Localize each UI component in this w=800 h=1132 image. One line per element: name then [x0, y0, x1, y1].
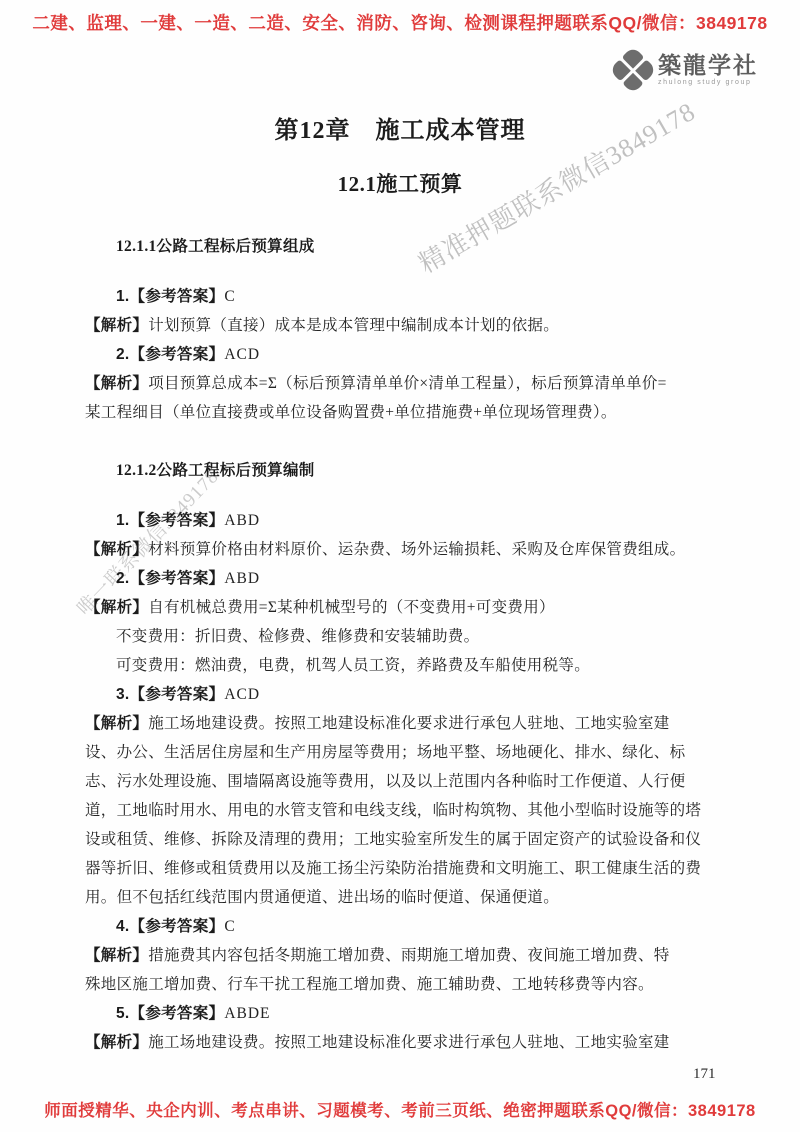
answer-line: 1.【参考答案】C — [85, 282, 722, 311]
bottom-promo-banner: 师面授精华、央企内训、考点串讲、习题模考、考前三页纸、绝密押题联系QQ/微信：3… — [0, 1097, 800, 1121]
chapter-title: 第12章 施工成本管理 — [0, 110, 800, 145]
zhulong-logo: 築龍学社 zhulong study group — [616, 53, 758, 87]
document-body: 12.1.1公路工程标后预算组成1.【参考答案】C【解析】计划预算（直接）成本是… — [85, 226, 722, 1057]
analysis-line: 【解析】计划预算（直接）成本是成本管理中编制成本计划的依据。 — [85, 311, 722, 340]
label-prefix: 2.【参考答案】 — [116, 570, 224, 587]
page-number: 171 — [693, 1066, 716, 1083]
label-prefix: 【解析】 — [85, 375, 148, 392]
answer-line: 5.【参考答案】ABDE — [85, 999, 722, 1028]
text-line: 设、办公、生活居住房屋和生产用房屋等费用；场地平整、场地硬化、排水、绿化、标 — [85, 738, 722, 767]
label-prefix: 【解析】 — [85, 1034, 148, 1051]
line-text: 12.1.2公路工程标后预算编制 — [116, 462, 315, 479]
logo-text: 築龍学社 zhulong study group — [658, 54, 758, 86]
analysis-line: 【解析】施工场地建设费。按照工地建设标准化要求进行承包人驻地、工地实验室建 — [85, 1028, 722, 1057]
line-text: 志、污水处理设施、围墙隔离设施等费用，以及以上范围内各种临时工作便道、人行便 — [85, 773, 685, 790]
line-text: 材料预算价格由材料原价、运杂费、场外运输损耗、采购及仓库保管费组成。 — [148, 541, 685, 558]
answer-line: 3.【参考答案】ACD — [85, 680, 722, 709]
label-prefix: 1.【参考答案】 — [116, 288, 224, 305]
answer-line: 2.【参考答案】ABD — [85, 564, 722, 593]
subsection-heading: 12.1.2公路工程标后预算编制 — [85, 456, 722, 485]
text-line: 设或租赁、维修、拆除及清理的费用；工地实验室所发生的属于固定资产的试验设备和仪 — [85, 825, 722, 854]
line-text: ABD — [224, 570, 260, 587]
line-text: C — [224, 288, 235, 305]
text-line: 器等折旧、维修或租赁费用以及施工扬尘污染防治措施费和文明施工、职工健康生活的费 — [85, 854, 722, 883]
answer-line: 4.【参考答案】C — [85, 912, 722, 941]
analysis-line: 【解析】施工场地建设费。按照工地建设标准化要求进行承包人驻地、工地实验室建 — [85, 709, 722, 738]
line-text: 施工场地建设费。按照工地建设标准化要求进行承包人驻地、工地实验室建 — [148, 715, 669, 732]
label-prefix: 5.【参考答案】 — [116, 1005, 224, 1022]
line-text: 某工程细目（单位直接费或单位设备购置费+单位措施费+单位现场管理费）。 — [85, 404, 617, 421]
text-line: 某工程细目（单位直接费或单位设备购置费+单位措施费+单位现场管理费）。 — [85, 398, 722, 427]
zhulong-flower-icon — [609, 46, 657, 94]
line-text: 自有机械总费用=Σ某种机械型号的（不变费用+可变费用） — [148, 599, 555, 616]
label-prefix: 【解析】 — [85, 947, 148, 964]
label-prefix: 【解析】 — [85, 715, 148, 732]
line-text: ACD — [224, 346, 260, 363]
line-text: 设或租赁、维修、拆除及清理的费用；工地实验室所发生的属于固定资产的试验设备和仪 — [85, 831, 701, 848]
line-text: 措施费其内容包括冬期施工增加费、雨期施工增加费、夜间施工增加费、特 — [148, 947, 669, 964]
line-text: ACD — [224, 686, 260, 703]
text-line: 不变费用：折旧费、检修费、维修费和安装辅助费。 — [85, 622, 722, 651]
text-line: 道，工地临时用水、用电的水管支管和电线支线，临时构筑物、其他小型临时设施等的塔 — [85, 796, 722, 825]
line-text: C — [224, 918, 235, 935]
label-prefix: 【解析】 — [85, 599, 148, 616]
line-text: 用。但不包括红线范围内贯通便道、进出场的临时便道、保通便道。 — [85, 889, 559, 906]
analysis-line: 【解析】自有机械总费用=Σ某种机械型号的（不变费用+可变费用） — [85, 593, 722, 622]
subsection-heading: 12.1.1公路工程标后预算组成 — [85, 232, 722, 261]
line-text: 道，工地临时用水、用电的水管支管和电线支线，临时构筑物、其他小型临时设施等的塔 — [85, 802, 701, 819]
line-text: 12.1.1公路工程标后预算组成 — [116, 238, 315, 255]
logo-name: 築龍学社 — [658, 54, 758, 77]
label-prefix: 【解析】 — [85, 317, 148, 334]
text-line: 志、污水处理设施、围墙隔离设施等费用，以及以上范围内各种临时工作便道、人行便 — [85, 767, 722, 796]
text-line: 可变费用：燃油费，电费，机驾人员工资，养路费及车船使用税等。 — [85, 651, 722, 680]
line-text: ABDE — [224, 1005, 270, 1022]
text-line: 用。但不包括红线范围内贯通便道、进出场的临时便道、保通便道。 — [85, 883, 722, 912]
label-prefix: 【解析】 — [85, 541, 148, 558]
analysis-line: 【解析】材料预算价格由材料原价、运杂费、场外运输损耗、采购及仓库保管费组成。 — [85, 535, 722, 564]
line-text: 计划预算（直接）成本是成本管理中编制成本计划的依据。 — [148, 317, 559, 334]
section-title: 12.1施工预算 — [0, 168, 800, 198]
analysis-line: 【解析】措施费其内容包括冬期施工增加费、雨期施工增加费、夜间施工增加费、特 — [85, 941, 722, 970]
line-text: 可变费用：燃油费，电费，机驾人员工资，养路费及车船使用税等。 — [116, 657, 590, 674]
line-text: 项目预算总成本=Σ（标后预算清单单价×清单工程量），标后预算清单单价= — [148, 375, 667, 392]
document-page: 二建、监理、一建、一造、二造、安全、消防、咨询、检测课程押题联系QQ/微信：38… — [0, 0, 800, 1132]
logo-subtitle: zhulong study group — [658, 79, 758, 86]
line-text: 不变费用：折旧费、检修费、维修费和安装辅助费。 — [116, 628, 479, 645]
line-text: 设、办公、生活居住房屋和生产用房屋等费用；场地平整、场地硬化、排水、绿化、标 — [85, 744, 685, 761]
line-text: 器等折旧、维修或租赁费用以及施工扬尘污染防治措施费和文明施工、职工健康生活的费 — [85, 860, 701, 877]
label-prefix: 1.【参考答案】 — [116, 512, 224, 529]
label-prefix: 4.【参考答案】 — [116, 918, 224, 935]
line-text: 施工场地建设费。按照工地建设标准化要求进行承包人驻地、工地实验室建 — [148, 1034, 669, 1051]
line-text: 殊地区施工增加费、行车干扰工程施工增加费、施工辅助费、工地转移费等内容。 — [85, 976, 654, 993]
label-prefix: 3.【参考答案】 — [116, 686, 224, 703]
answer-line: 1.【参考答案】ABD — [85, 506, 722, 535]
line-text: ABD — [224, 512, 260, 529]
answer-line: 2.【参考答案】ACD — [85, 340, 722, 369]
top-promo-banner: 二建、监理、一建、一造、二造、安全、消防、咨询、检测课程押题联系QQ/微信：38… — [0, 10, 800, 35]
text-line: 殊地区施工增加费、行车干扰工程施工增加费、施工辅助费、工地转移费等内容。 — [85, 970, 722, 999]
analysis-line: 【解析】项目预算总成本=Σ（标后预算清单单价×清单工程量），标后预算清单单价= — [85, 369, 722, 398]
label-prefix: 2.【参考答案】 — [116, 346, 224, 363]
